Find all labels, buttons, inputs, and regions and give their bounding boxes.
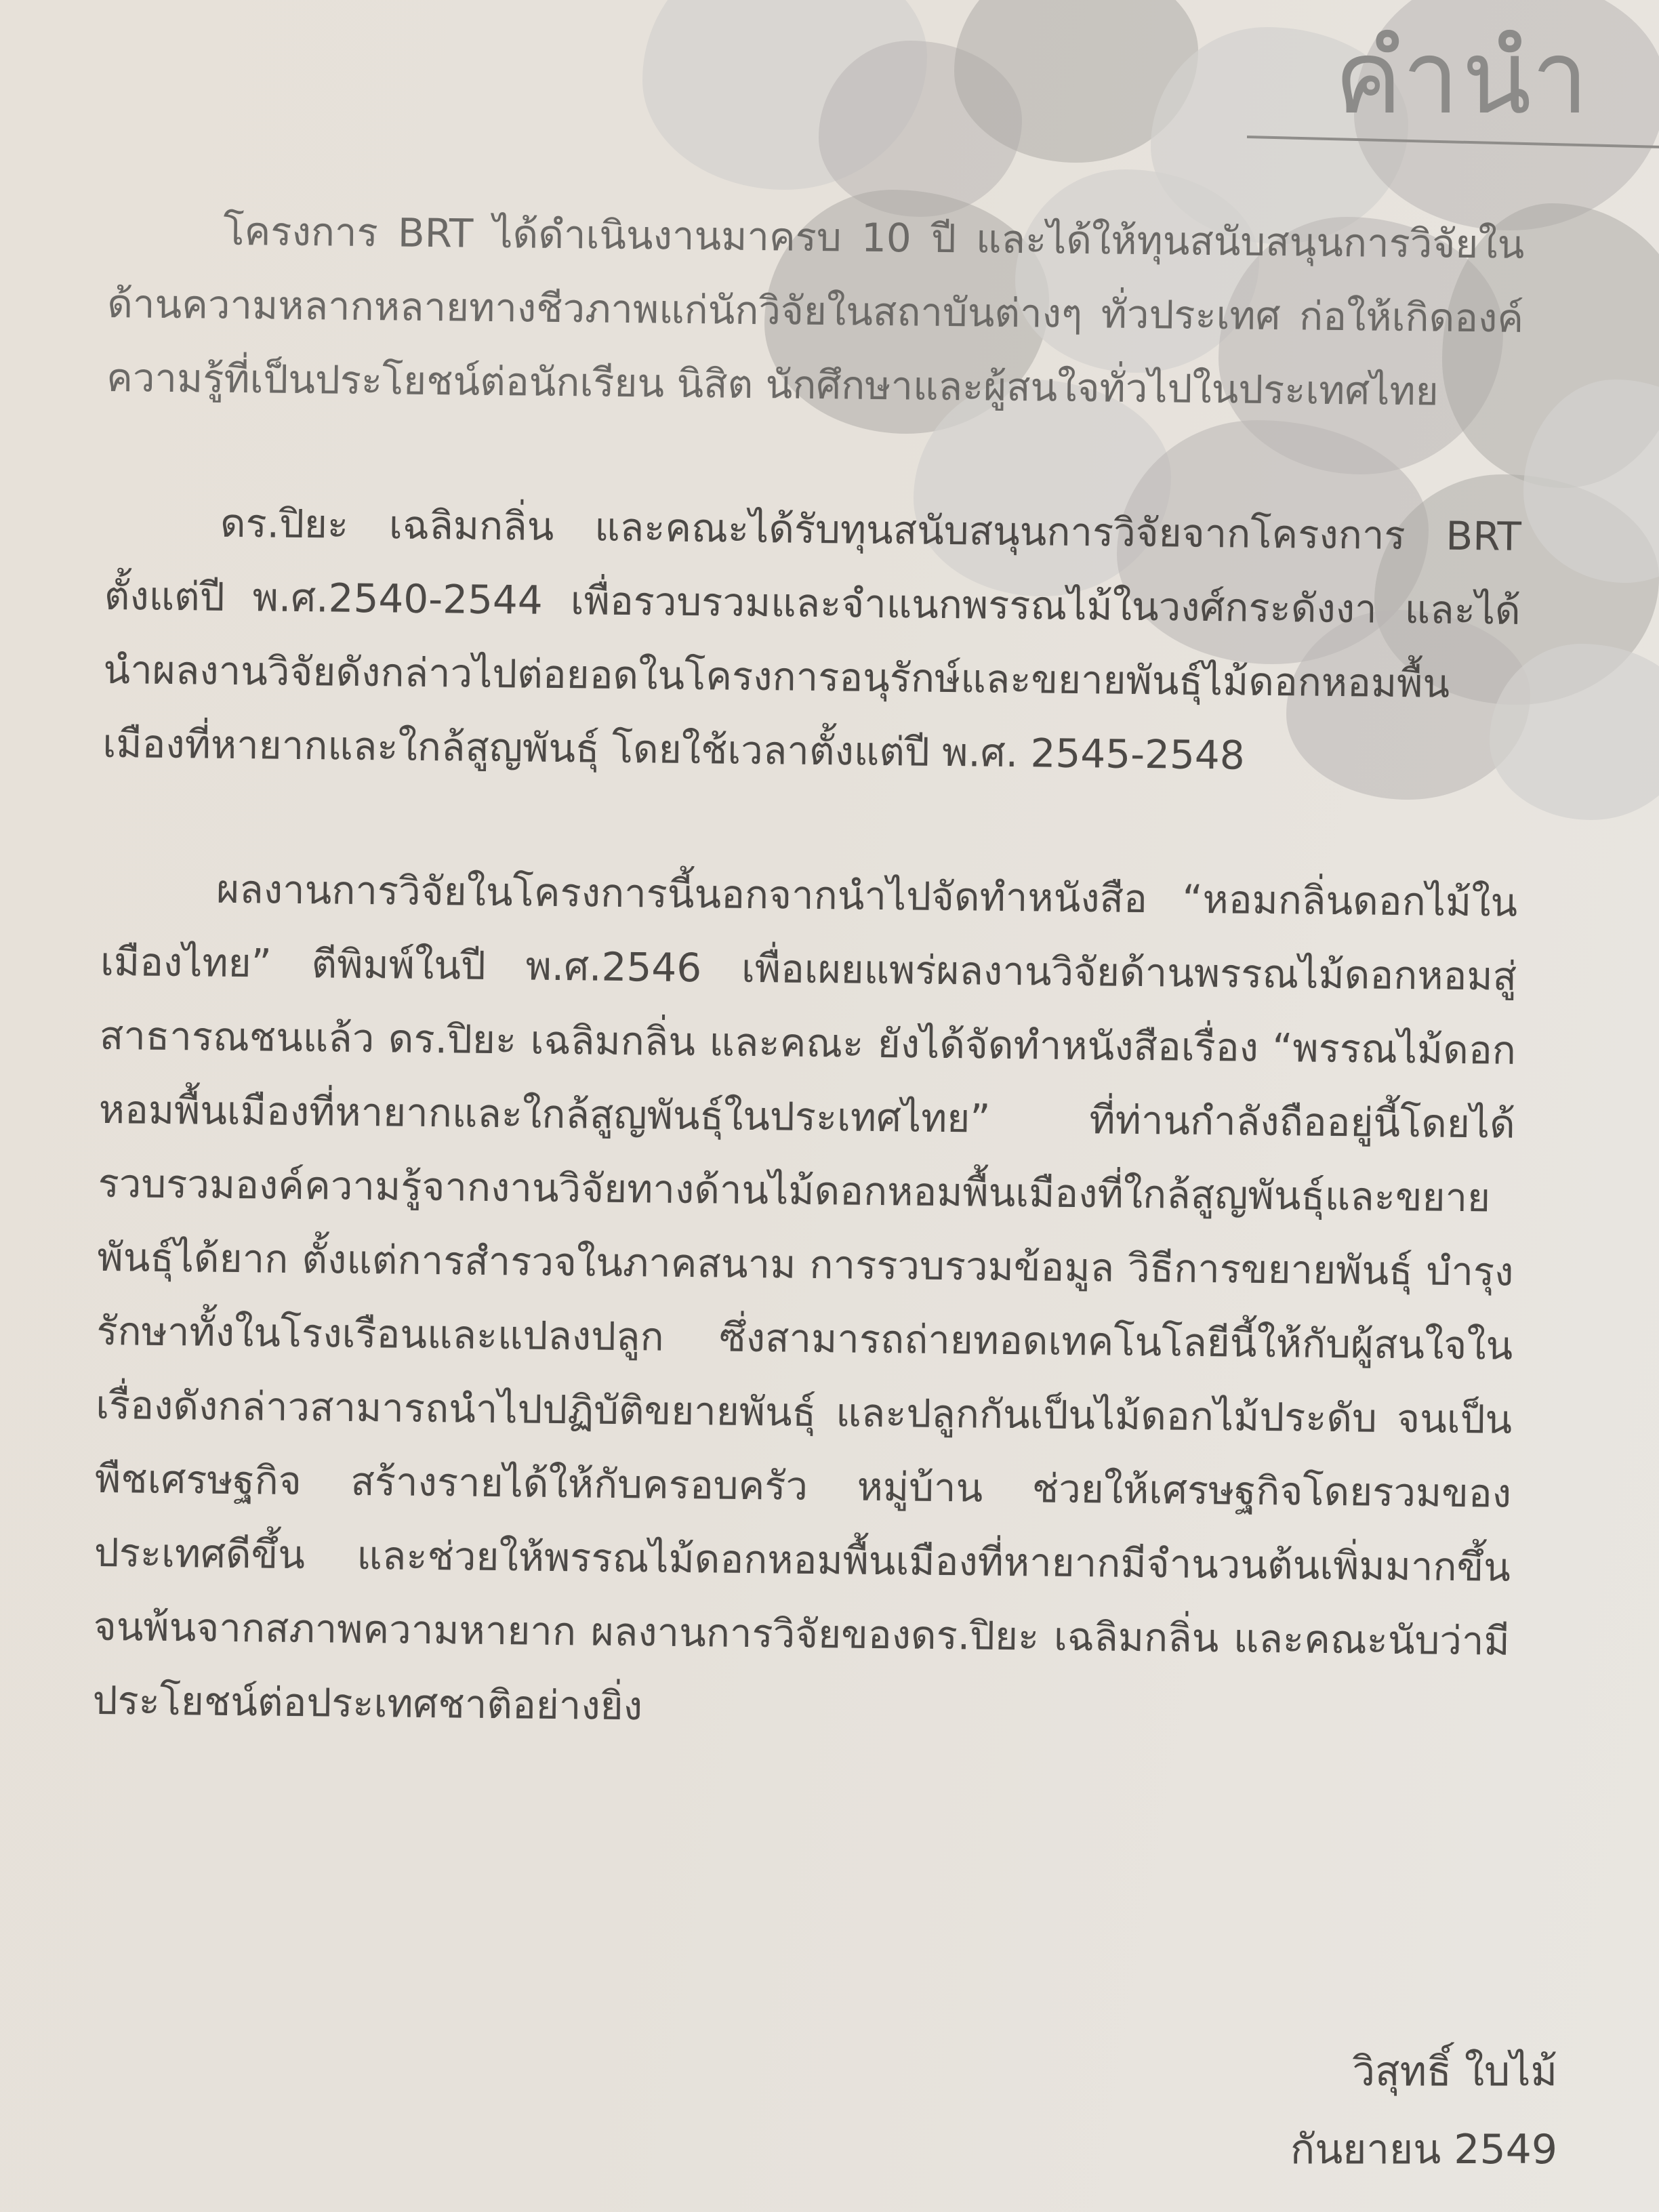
signature-date: กันยายน 2549 [1290,2111,1557,2189]
paragraph-2: ดร.ปิยะ เฉลิมกลิ่น และคณะได้รับทุนสนับสน… [102,485,1521,796]
page-title: คำนำ [1334,27,1591,129]
book-page: คำนำ โครงการ BRT ได้ดำเนินงานมาครบ 10 ปี… [0,0,1659,2212]
signature-block: วิสุทธิ์ ใบไม้ กันยายน 2549 [1290,2033,1557,2189]
paragraph-1: โครงการ BRT ได้ดำเนินงานมาครบ 10 ปี และไ… [106,193,1525,430]
paragraph-3: ผลงานการวิจัยในโครงการนี้นอกจากนำไปจัดทำ… [92,851,1518,1753]
author-name: วิสุทธิ์ ใบไม้ [1290,2033,1557,2111]
preface-body: โครงการ BRT ได้ดำเนินงานมาครบ 10 ปี และไ… [91,193,1525,1823]
